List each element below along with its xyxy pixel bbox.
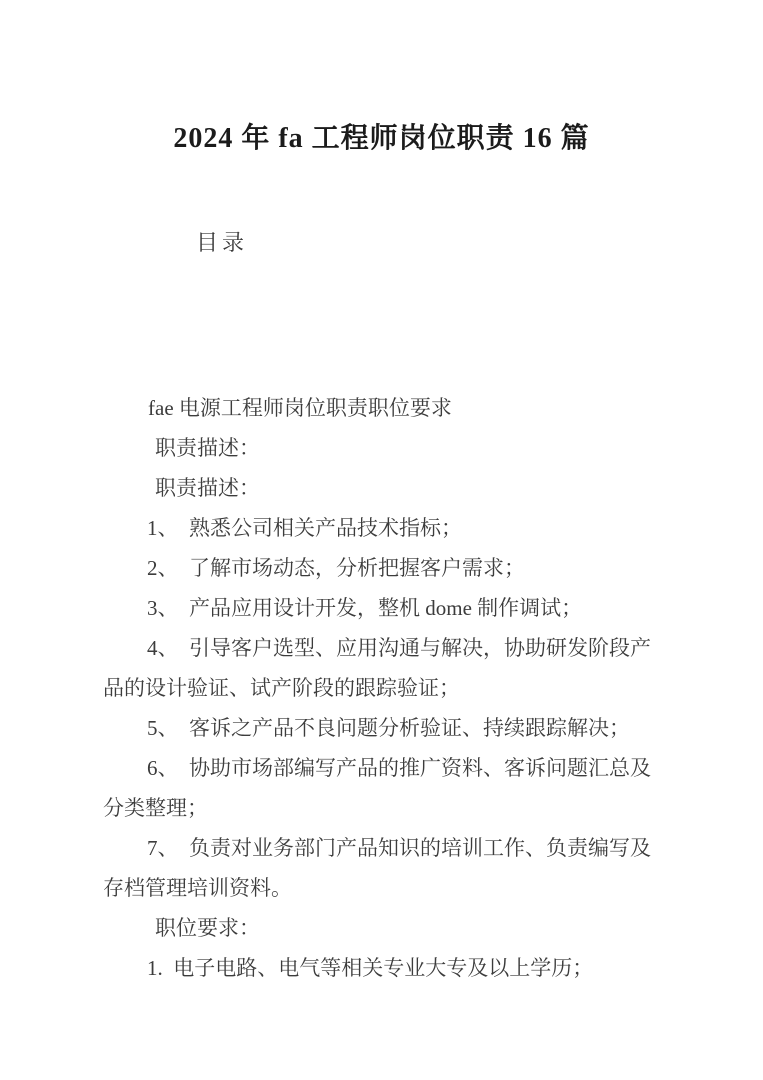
duty-item-1: 1、 熟悉公司相关产品技术指标； [103, 508, 653, 548]
duty-item-7: 7、 负责对业务部门产品知识的培训工作、负责编写及存档管理培训资料。 [103, 828, 653, 908]
duty-description-label-1: 职责描述： [103, 428, 653, 468]
document-title: 2024 年 fa 工程师岗位职责 16 篇 [0, 116, 763, 156]
duty-item-5: 5、 客诉之产品不良问题分析验证、持续跟踪解决； [103, 708, 653, 748]
duty-item-2: 2、 了解市场动态，分析把握客户需求； [103, 548, 653, 588]
section-heading: fae 电源工程师岗位职责职位要求 [103, 388, 653, 428]
document-page: 2024 年 fa 工程师岗位职责 16 篇 目录 fae 电源工程师岗位职责职… [0, 0, 763, 1080]
document-body: fae 电源工程师岗位职责职位要求 职责描述： 职责描述： 1、 熟悉公司相关产… [103, 388, 653, 988]
toc-heading: 目录 [196, 226, 248, 257]
requirement-item-1: 1. 电子电路、电气等相关专业大专及以上学历； [103, 948, 653, 988]
requirements-label: 职位要求： [103, 908, 653, 948]
duty-description-label-2: 职责描述： [103, 468, 653, 508]
duty-item-6: 6、 协助市场部编写产品的推广资料、客诉问题汇总及分类整理； [103, 748, 653, 828]
duty-item-3: 3、 产品应用设计开发，整机 dome 制作调试； [103, 588, 653, 628]
duty-item-4: 4、 引导客户选型、应用沟通与解决，协助研发阶段产品的设计验证、试产阶段的跟踪验… [103, 628, 653, 708]
